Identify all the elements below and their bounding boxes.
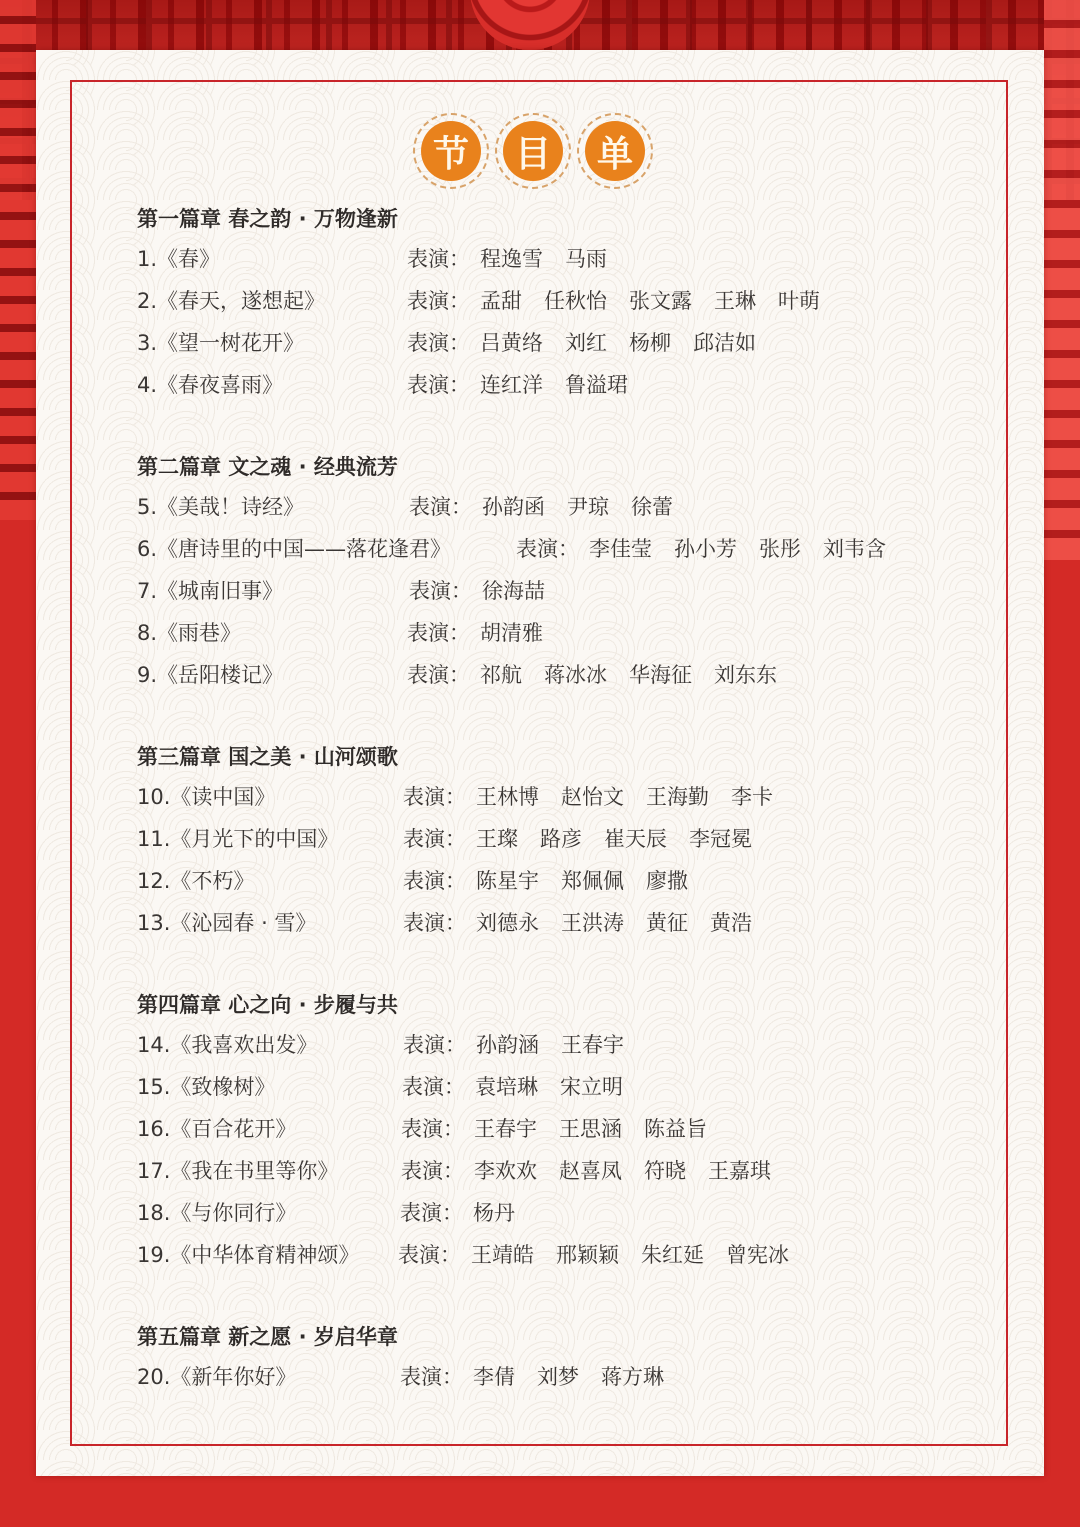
title-char: 节 xyxy=(421,121,481,181)
program-item: 19.《中华体育精神颂》表演：王靖皓邢颖颖朱红延曾宪冰 xyxy=(137,1234,977,1276)
program-name: 1.《春》 xyxy=(137,238,220,280)
performer-label: 表演： xyxy=(407,663,470,687)
performer-name: 鲁溢珺 xyxy=(565,373,628,397)
performer-label: 表演： xyxy=(400,1201,463,1225)
lattice-border-left xyxy=(0,0,36,520)
program-item: 10.《读中国》表演：王林博赵怡文王海勤李卡 xyxy=(137,776,977,818)
program-item: 12.《不朽》表演：陈星宇郑佩佩廖撒 xyxy=(137,860,977,902)
performer-name: 黄浩 xyxy=(710,911,752,935)
performer-name: 王春宇 xyxy=(474,1117,537,1141)
performers: 表演：李欢欢赵喜凤符晓王嘉琪 xyxy=(401,1150,793,1192)
performers: 表演：王靖皓邢颖颖朱红延曾宪冰 xyxy=(398,1234,811,1276)
performer-label: 表演： xyxy=(401,1159,464,1183)
performers: 表演：袁培琳宋立明 xyxy=(402,1066,645,1108)
performers: 表演：李佳莹孙小芳张彤刘韦含 xyxy=(516,528,908,570)
program-name: 12.《不朽》 xyxy=(137,860,254,902)
performer-label: 表演： xyxy=(407,621,470,645)
performer-name: 张彤 xyxy=(759,537,801,561)
performer-label: 表演： xyxy=(398,1243,461,1267)
performer-name: 刘德永 xyxy=(476,911,539,935)
performer-label: 表演： xyxy=(407,247,470,271)
title-char: 目 xyxy=(503,121,563,181)
program-name: 18.《与你同行》 xyxy=(137,1192,296,1234)
chapter-section: 第三篇章 国之美 · 山河颂歌10.《读中国》表演：王林博赵怡文王海勤李卡11.… xyxy=(137,738,977,944)
performer-name: 蒋方琳 xyxy=(601,1365,664,1389)
performer-name: 李欢欢 xyxy=(474,1159,537,1183)
performer-name: 华海征 xyxy=(629,663,692,687)
program-list: 第一篇章 春之韵 · 万物逢新1.《春》表演：程逸雪马雨2.《春天，遂想起》表演… xyxy=(137,200,977,1440)
performer-label: 表演： xyxy=(403,911,466,935)
performer-name: 孙韵涵 xyxy=(476,1033,539,1057)
performer-name: 叶萌 xyxy=(778,289,820,313)
performer-name: 刘东东 xyxy=(714,663,777,687)
performer-name: 邢颖颖 xyxy=(556,1243,619,1267)
program-name: 9.《岳阳楼记》 xyxy=(137,654,283,696)
performer-name: 赵怡文 xyxy=(561,785,624,809)
chapter-section: 第一篇章 春之韵 · 万物逢新1.《春》表演：程逸雪马雨2.《春天，遂想起》表演… xyxy=(137,200,977,406)
performer-name: 王洪涛 xyxy=(561,911,624,935)
performers: 表演：王璨路彦崔天辰李冠冕 xyxy=(403,818,774,860)
page-title: 节 目 单 xyxy=(413,113,653,189)
performer-name: 朱红延 xyxy=(641,1243,704,1267)
performer-name: 任秋怡 xyxy=(544,289,607,313)
performers: 表演：连红洋鲁溢珺 xyxy=(407,364,650,406)
performer-name: 路彦 xyxy=(540,827,582,851)
performer-name: 王嘉琪 xyxy=(708,1159,771,1183)
performers: 表演：吕黄络刘红杨柳邱洁如 xyxy=(407,322,778,364)
performers: 表演：孙韵函尹琼徐蕾 xyxy=(409,486,695,528)
performer-name: 曾宪冰 xyxy=(726,1243,789,1267)
program-item: 2.《春天，遂想起》表演：孟甜任秋怡张文露王琳叶萌 xyxy=(137,280,977,322)
chapter-title: 第二篇章 文之魂 · 经典流芳 xyxy=(137,448,977,486)
program-item: 15.《致橡树》表演：袁培琳宋立明 xyxy=(137,1066,977,1108)
performer-name: 袁培琳 xyxy=(475,1075,538,1099)
performers: 表演：刘德永王洪涛黄征黄浩 xyxy=(403,902,774,944)
performer-name: 连红洋 xyxy=(480,373,543,397)
performer-name: 赵喜凤 xyxy=(559,1159,622,1183)
performers: 表演：陈星宇郑佩佩廖撒 xyxy=(403,860,710,902)
program-item: 16.《百合花开》表演：王春宇王思涵陈益旨 xyxy=(137,1108,977,1150)
chapter-title: 第一篇章 春之韵 · 万物逢新 xyxy=(137,200,977,238)
performer-name: 王春宇 xyxy=(561,1033,624,1057)
program-name: 16.《百合花开》 xyxy=(137,1108,296,1150)
program-name: 19.《中华体育精神颂》 xyxy=(137,1234,359,1276)
performer-name: 黄征 xyxy=(646,911,688,935)
performer-name: 刘梦 xyxy=(537,1365,579,1389)
performer-label: 表演： xyxy=(407,373,470,397)
performer-label: 表演： xyxy=(402,1075,465,1099)
performers: 表演：王春宇王思涵陈益旨 xyxy=(401,1108,729,1150)
performer-name: 吕黄络 xyxy=(480,331,543,355)
program-item: 6.《唐诗里的中国——落花逢君》表演：李佳莹孙小芳张彤刘韦含 xyxy=(137,528,977,570)
title-badge: 单 xyxy=(577,113,653,189)
performer-label: 表演： xyxy=(403,1033,466,1057)
program-item: 1.《春》表演：程逸雪马雨 xyxy=(137,238,977,280)
performer-label: 表演： xyxy=(400,1365,463,1389)
program-name: 10.《读中国》 xyxy=(137,776,275,818)
chapter-section: 第四篇章 心之向 · 步履与共14.《我喜欢出发》表演：孙韵涵王春宇15.《致橡… xyxy=(137,986,977,1276)
performers: 表演：杨丹 xyxy=(400,1192,537,1234)
lattice-border-right xyxy=(1044,0,1080,560)
performer-label: 表演： xyxy=(409,579,472,603)
performer-name: 胡清雅 xyxy=(480,621,543,645)
performers: 表演：孙韵涵王春宇 xyxy=(403,1024,646,1066)
title-badge: 节 xyxy=(413,113,489,189)
performer-name: 杨丹 xyxy=(473,1201,515,1225)
performer-name: 祁航 xyxy=(480,663,522,687)
performer-name: 徐蕾 xyxy=(631,495,673,519)
program-item: 17.《我在书里等你》表演：李欢欢赵喜凤符晓王嘉琪 xyxy=(137,1150,977,1192)
performer-name: 杨柳 xyxy=(629,331,671,355)
program-name: 13.《沁园春 · 雪》 xyxy=(137,902,316,944)
performers: 表演：胡清雅 xyxy=(407,612,565,654)
performer-name: 李佳莹 xyxy=(589,537,652,561)
program-item: 3.《望一树花开》表演：吕黄络刘红杨柳邱洁如 xyxy=(137,322,977,364)
performer-name: 张文露 xyxy=(629,289,692,313)
program-name: 6.《唐诗里的中国——落花逢君》 xyxy=(137,528,451,570)
performer-label: 表演： xyxy=(516,537,579,561)
performer-label: 表演： xyxy=(407,331,470,355)
performer-name: 崔天辰 xyxy=(604,827,667,851)
program-name: 4.《春夜喜雨》 xyxy=(137,364,283,406)
program-name: 8.《雨巷》 xyxy=(137,612,241,654)
program-item: 7.《城南旧事》表演：徐海喆 xyxy=(137,570,977,612)
chapter-title: 第五篇章 新之愿 · 岁启华章 xyxy=(137,1318,977,1356)
program-item: 8.《雨巷》表演：胡清雅 xyxy=(137,612,977,654)
performer-name: 蒋冰冰 xyxy=(544,663,607,687)
program-item: 4.《春夜喜雨》表演：连红洋鲁溢珺 xyxy=(137,364,977,406)
performers: 表演：祁航蒋冰冰华海征刘东东 xyxy=(407,654,799,696)
performer-label: 表演： xyxy=(407,289,470,313)
performer-name: 王林博 xyxy=(476,785,539,809)
performer-name: 孙韵函 xyxy=(482,495,545,519)
program-name: 14.《我喜欢出发》 xyxy=(137,1024,317,1066)
chapter-title: 第三篇章 国之美 · 山河颂歌 xyxy=(137,738,977,776)
performer-name: 王璨 xyxy=(476,827,518,851)
program-name: 3.《望一树花开》 xyxy=(137,322,304,364)
program-item: 14.《我喜欢出发》表演：孙韵涵王春宇 xyxy=(137,1024,977,1066)
title-badge: 目 xyxy=(495,113,571,189)
performer-name: 刘红 xyxy=(565,331,607,355)
performer-name: 宋立明 xyxy=(560,1075,623,1099)
performers: 表演：徐海喆 xyxy=(409,570,567,612)
program-item: 11.《月光下的中国》表演：王璨路彦崔天辰李冠冕 xyxy=(137,818,977,860)
program-item: 9.《岳阳楼记》表演：祁航蒋冰冰华海征刘东东 xyxy=(137,654,977,696)
program-item: 18.《与你同行》表演：杨丹 xyxy=(137,1192,977,1234)
performer-name: 李卡 xyxy=(731,785,773,809)
performers: 表演：程逸雪马雨 xyxy=(407,238,629,280)
program-name: 5.《美哉！诗经》 xyxy=(137,486,304,528)
performer-name: 尹琼 xyxy=(567,495,609,519)
performer-label: 表演： xyxy=(409,495,472,519)
performer-name: 王琳 xyxy=(714,289,756,313)
performer-name: 孙小芳 xyxy=(674,537,737,561)
chapter-section: 第五篇章 新之愿 · 岁启华章20.《新年你好》表演：李倩刘梦蒋方琳 xyxy=(137,1318,977,1398)
performer-name: 陈益旨 xyxy=(644,1117,707,1141)
performer-name: 王思涵 xyxy=(559,1117,622,1141)
chapter-title: 第四篇章 心之向 · 步履与共 xyxy=(137,986,977,1024)
program-item: 20.《新年你好》表演：李倩刘梦蒋方琳 xyxy=(137,1356,977,1398)
program-item: 13.《沁园春 · 雪》表演：刘德永王洪涛黄征黄浩 xyxy=(137,902,977,944)
performer-name: 王海勤 xyxy=(646,785,709,809)
performer-name: 李倩 xyxy=(473,1365,515,1389)
performer-name: 程逸雪 xyxy=(480,247,543,271)
program-name: 17.《我在书里等你》 xyxy=(137,1150,338,1192)
performer-name: 徐海喆 xyxy=(482,579,545,603)
program-name: 11.《月光下的中国》 xyxy=(137,818,338,860)
program-name: 15.《致橡树》 xyxy=(137,1066,275,1108)
program-name: 7.《城南旧事》 xyxy=(137,570,283,612)
performer-name: 刘韦含 xyxy=(823,537,886,561)
performer-name: 李冠冕 xyxy=(689,827,752,851)
performer-name: 郑佩佩 xyxy=(561,869,624,893)
chapter-section: 第二篇章 文之魂 · 经典流芳5.《美哉！诗经》表演：孙韵函尹琼徐蕾6.《唐诗里… xyxy=(137,448,977,696)
performer-name: 陈星宇 xyxy=(476,869,539,893)
performer-label: 表演： xyxy=(403,827,466,851)
performer-name: 廖撒 xyxy=(646,869,688,893)
performer-label: 表演： xyxy=(403,869,466,893)
program-name: 20.《新年你好》 xyxy=(137,1356,296,1398)
performers: 表演：王林博赵怡文王海勤李卡 xyxy=(403,776,795,818)
program-name: 2.《春天，遂想起》 xyxy=(137,280,325,322)
title-char: 单 xyxy=(585,121,645,181)
performers: 表演：李倩刘梦蒋方琳 xyxy=(400,1356,686,1398)
performer-name: 符晓 xyxy=(644,1159,686,1183)
performer-label: 表演： xyxy=(401,1117,464,1141)
performer-name: 马雨 xyxy=(565,247,607,271)
performer-name: 孟甜 xyxy=(480,289,522,313)
performer-name: 邱洁如 xyxy=(693,331,756,355)
program-item: 5.《美哉！诗经》表演：孙韵函尹琼徐蕾 xyxy=(137,486,977,528)
performer-name: 王靖皓 xyxy=(471,1243,534,1267)
performer-label: 表演： xyxy=(403,785,466,809)
performers: 表演：孟甜任秋怡张文露王琳叶萌 xyxy=(407,280,842,322)
